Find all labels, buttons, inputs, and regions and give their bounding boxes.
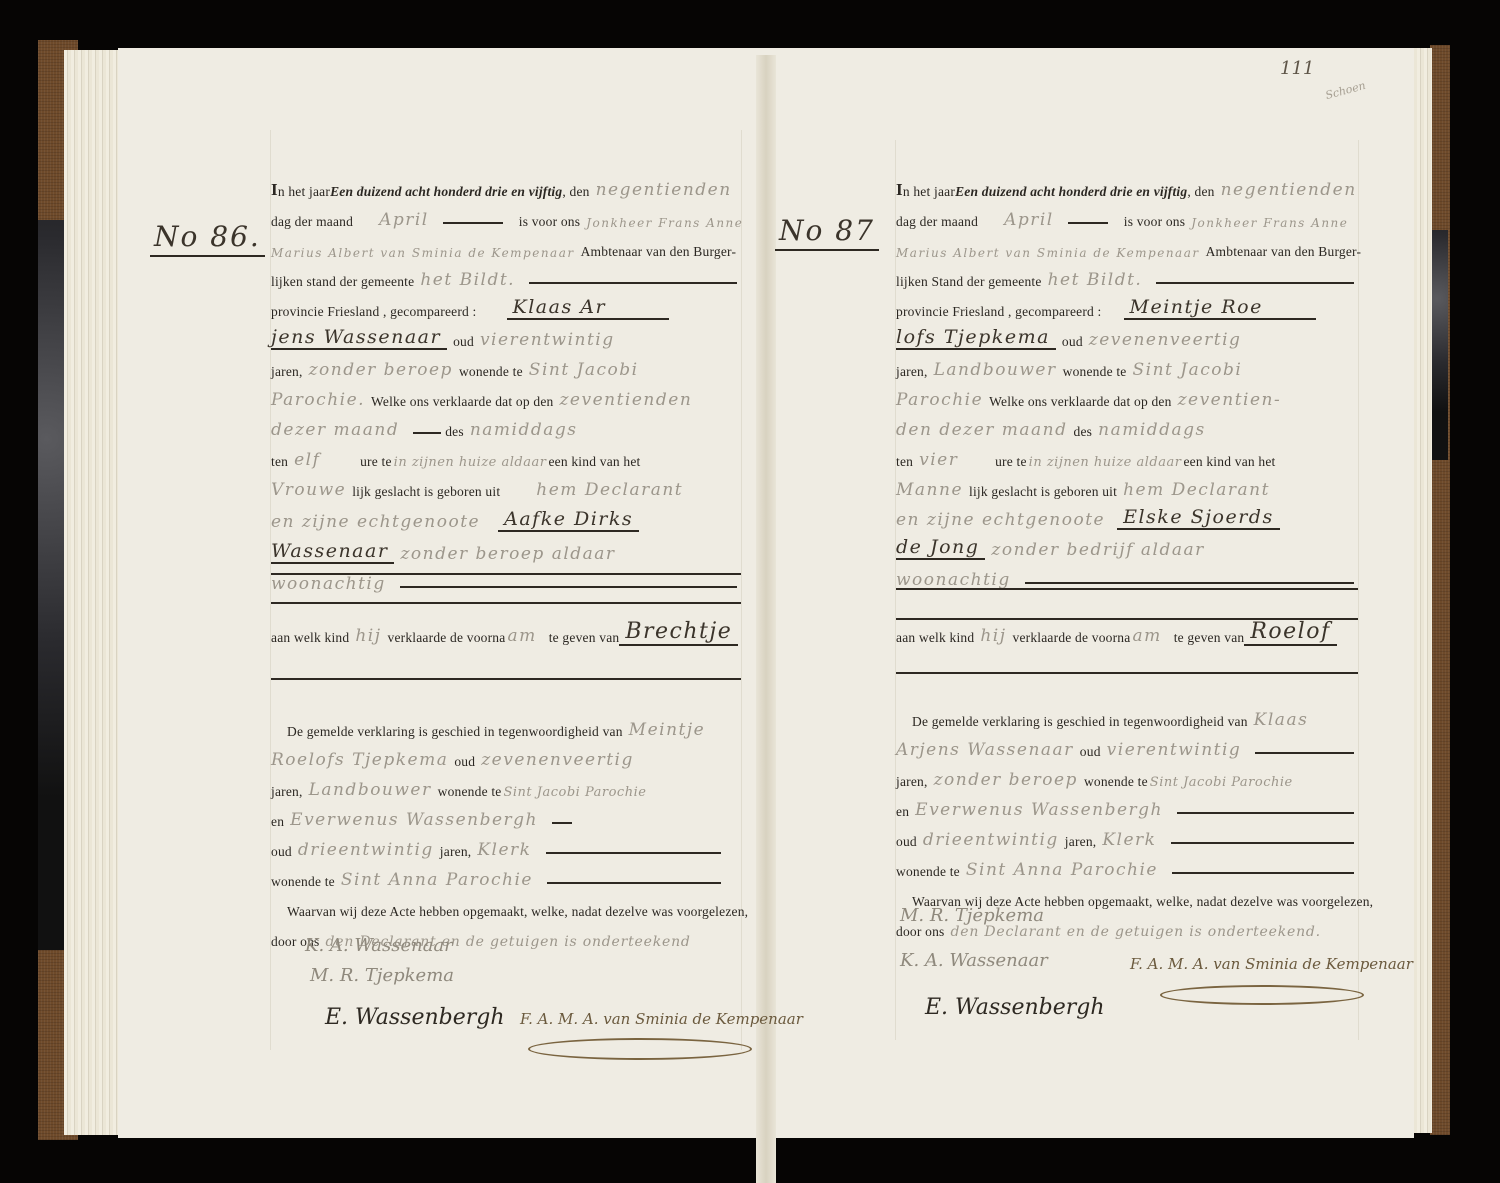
signature: M. R. Tjepkema — [310, 965, 454, 986]
text-line: woonachtig — [271, 566, 741, 594]
text-line: jaren, zonder beroep wonende te Sint Jac… — [896, 762, 1358, 790]
signature: E. Wassenbergh — [325, 1005, 505, 1030]
marbled-endpaper-right — [1432, 230, 1448, 460]
text-line: jaren, Landbouwer wonende te Sint Jacobi — [896, 352, 1358, 380]
text-line: Parochie. Welke ons verklaarde dat op de… — [271, 382, 741, 410]
blank-rule — [896, 588, 1358, 590]
signature: F. A. M. A. van Sminia de Kempenaar — [1130, 955, 1413, 973]
text-line: dezer maand des namiddags — [271, 412, 741, 440]
text-line: Roelofs Tjepkema oud zevenenveertig — [271, 742, 741, 770]
blank-rule — [271, 573, 741, 575]
handwritten-day: negentienden — [590, 180, 738, 200]
signature: K. A. Wassenaar — [900, 950, 1048, 971]
act-frame: In het jaar Een duizend acht honderd dri… — [270, 130, 742, 1050]
book-cover-right — [1430, 45, 1450, 1135]
blank-rule — [271, 678, 741, 680]
signature: F. A. M. A. van Sminia de Kempenaar — [520, 1010, 803, 1028]
handwritten-mother: Aafke Dirks — [498, 508, 639, 532]
text-line: lijken Stand der gemeente het Bildt. — [896, 262, 1358, 290]
text-line: en Everwenus Wassenbergh — [271, 802, 741, 830]
text-line: Waarvan wij deze Acte hebben opgemaakt, … — [271, 892, 741, 920]
text-line: Marius Albert van Sminia de Kempenaar Am… — [271, 232, 741, 260]
text-line: jaren, Landbouwer wonende te Sint Jacobi… — [271, 772, 741, 800]
handwritten-month: April — [373, 210, 435, 230]
text-line: jens Wassenaar oud vierentwintig — [271, 322, 741, 350]
act-number: No 87 — [775, 214, 879, 251]
text-line: lofs Tjepkema oud zevenenveertig — [896, 322, 1358, 350]
text-line: dag der maand April is voor ons Jonkheer… — [271, 202, 741, 230]
text-line: ten elf ure te in zijnen huize aldaar ee… — [271, 442, 741, 470]
text-line: Vrouwe lijk geslacht is geboren uit hem … — [271, 472, 741, 500]
signature-flourish — [528, 1038, 752, 1060]
text-line: ten vier ure te in zijnen huize aldaar e… — [896, 442, 1358, 470]
text-line: In het jaar Een duizend acht honderd dri… — [896, 172, 1358, 200]
page-edges-left — [64, 50, 124, 1135]
text-line: den dezer maand des namiddags — [896, 412, 1358, 440]
marbled-endpaper-left — [38, 220, 66, 950]
text-line: Marius Albert van Sminia de Kempenaar Am… — [896, 232, 1358, 260]
text-line: wonende te Sint Anna Parochie — [271, 862, 741, 890]
handwritten-declarant: Klaas Ar — [507, 296, 669, 320]
blank-rule — [896, 672, 1358, 674]
page-number: 111 — [1280, 58, 1314, 79]
signature: M. R. Tjepkema — [900, 905, 1044, 926]
signature: E. Wassenbergh — [925, 995, 1105, 1020]
handwritten-child-name: Brechtje — [619, 619, 738, 646]
text-line: jaren, zonder beroep wonende te Sint Jac… — [271, 352, 741, 380]
text-line: oud drieentwintig jaren, Klerk — [271, 832, 741, 860]
text-line: lijken stand der gemeente het Bildt. — [271, 262, 741, 290]
text-line: Parochie Welke ons verklaarde dat op den… — [896, 382, 1358, 410]
text-line: Wassenaar zonder beroep aldaar — [271, 536, 741, 564]
text-line: Arjens Wassenaar oud vierentwintig — [896, 732, 1358, 760]
text-line: en zijne echtgenoote Elske Sjoerds — [896, 502, 1358, 530]
text-line: provincie Friesland , gecompareerd : Mei… — [896, 292, 1358, 320]
text-line: en Everwenus Wassenbergh — [896, 792, 1358, 820]
text-line: oud drieentwintig jaren, Klerk — [896, 822, 1358, 850]
text-line: De gemelde verklaring is geschied in teg… — [271, 712, 741, 740]
text-line: de Jong zonder bedrijf aldaar — [896, 532, 1358, 560]
text-line: en zijne echtgenoote Aafke Dirks — [271, 504, 741, 532]
signature: K. A. Wassenaar — [305, 935, 453, 956]
blank-rule — [271, 602, 741, 604]
text-line: dag der maand April is voor ons Jonkheer… — [896, 202, 1358, 230]
text-line: aan welk kind hij verklaarde de voorna a… — [271, 618, 741, 646]
text-line: wonende te Sint Anna Parochie — [896, 852, 1358, 880]
act-number: No 86. — [150, 220, 265, 257]
handwritten-municipality: het Bildt. — [414, 270, 521, 290]
text-line: Manne lijk geslacht is geboren uit hem D… — [896, 472, 1358, 500]
text-line: woonachtig — [896, 562, 1358, 590]
text-line: provincie Friesland , gecompareerd : Kla… — [271, 292, 741, 320]
text-line: aan welk kind hij verklaarde de voorna a… — [896, 618, 1358, 646]
signature-flourish — [1160, 985, 1364, 1005]
text-line: De gemelde verklaring is geschied in teg… — [896, 702, 1358, 730]
text-line: In het jaar Een duizend acht honderd dri… — [271, 172, 741, 200]
